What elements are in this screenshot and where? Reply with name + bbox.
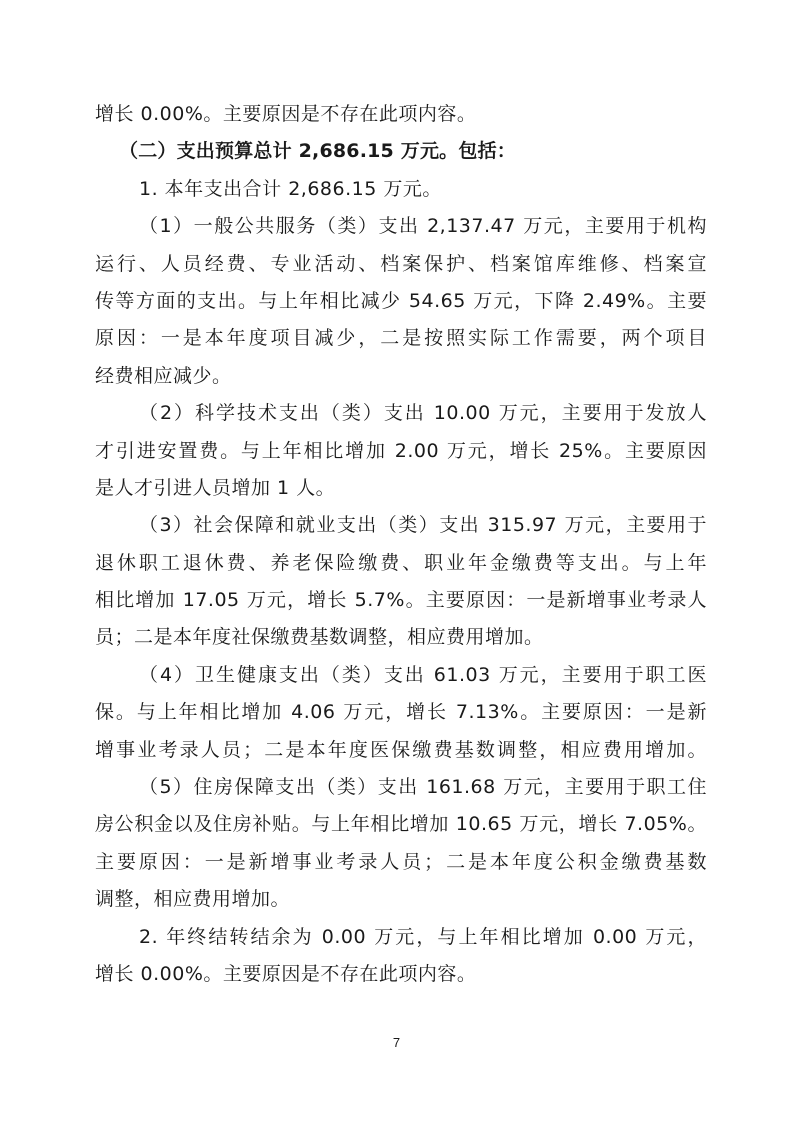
paragraph-line: 是人才引进人员增加 1 人。 [95,470,707,507]
text-line: 增长 0.00%。主要原因是不存在此项内容。 [95,96,707,133]
paragraph-line: 增事业考录人员；二是本年度医保缴费基数调整，相应费用增加。 [95,732,707,769]
paragraph-line: （5）住房保障支出（类）支出 161.68 万元，主要用于职工住 [95,769,707,806]
paragraph-line: 运行、人员经费、专业活动、档案保护、档案馆库维修、档案宣 [95,246,707,283]
paragraph-line: 退休职工退休费、养老保险缴费、职业年金缴费等支出。与上年 [95,545,707,582]
paragraph-line: 增长 0.00%。主要原因是不存在此项内容。 [95,956,707,993]
paragraph-line: 主要原因：一是新增事业考录人员；二是本年度公积金缴费基数 [95,844,707,881]
paragraph-line: 调整，相应费用增加。 [95,881,707,918]
list-item: 2. 年终结转结余为 0.00 万元，与上年相比增加 0.00 万元， [95,919,707,956]
list-item: 1. 本年支出合计 2,686.15 万元。 [95,171,707,208]
page-number: 7 [0,1035,793,1050]
paragraph-line: 房公积金以及住房补贴。与上年相比增加 10.65 万元，增长 7.05%。 [95,806,707,843]
paragraph-line: 经费相应减少。 [95,358,707,395]
paragraph-line: 才引进安置费。与上年相比增加 2.00 万元，增长 25%。主要原因 [95,433,707,470]
paragraph-line: 相比增加 17.05 万元，增长 5.7%。主要原因：一是新增事业考录人 [95,582,707,619]
paragraph-line: （4）卫生健康支出（类）支出 61.03 万元，主要用于职工医 [95,657,707,694]
paragraph-line: （3）社会保障和就业支出（类）支出 315.97 万元，主要用于 [95,507,707,544]
paragraph-line: 原因：一是本年度项目减少，二是按照实际工作需要，两个项目 [95,320,707,357]
paragraph-line: （2）科学技术支出（类）支出 10.00 万元，主要用于发放人 [95,395,707,432]
paragraph-line: 员；二是本年度社保缴费基数调整，相应费用增加。 [95,619,707,656]
paragraph-line: （1）一般公共服务（类）支出 2,137.47 万元，主要用于机构 [95,208,707,245]
paragraph-line: 保。与上年相比增加 4.06 万元，增长 7.13%。主要原因：一是新 [95,694,707,731]
section-heading: （二）支出预算总计 2,686.15 万元。包括： [95,133,707,170]
paragraph-line: 传等方面的支出。与上年相比减少 54.65 万元，下降 2.49%。主要 [95,283,707,320]
document-body: 增长 0.00%。主要原因是不存在此项内容。 （二）支出预算总计 2,686.1… [95,96,707,993]
